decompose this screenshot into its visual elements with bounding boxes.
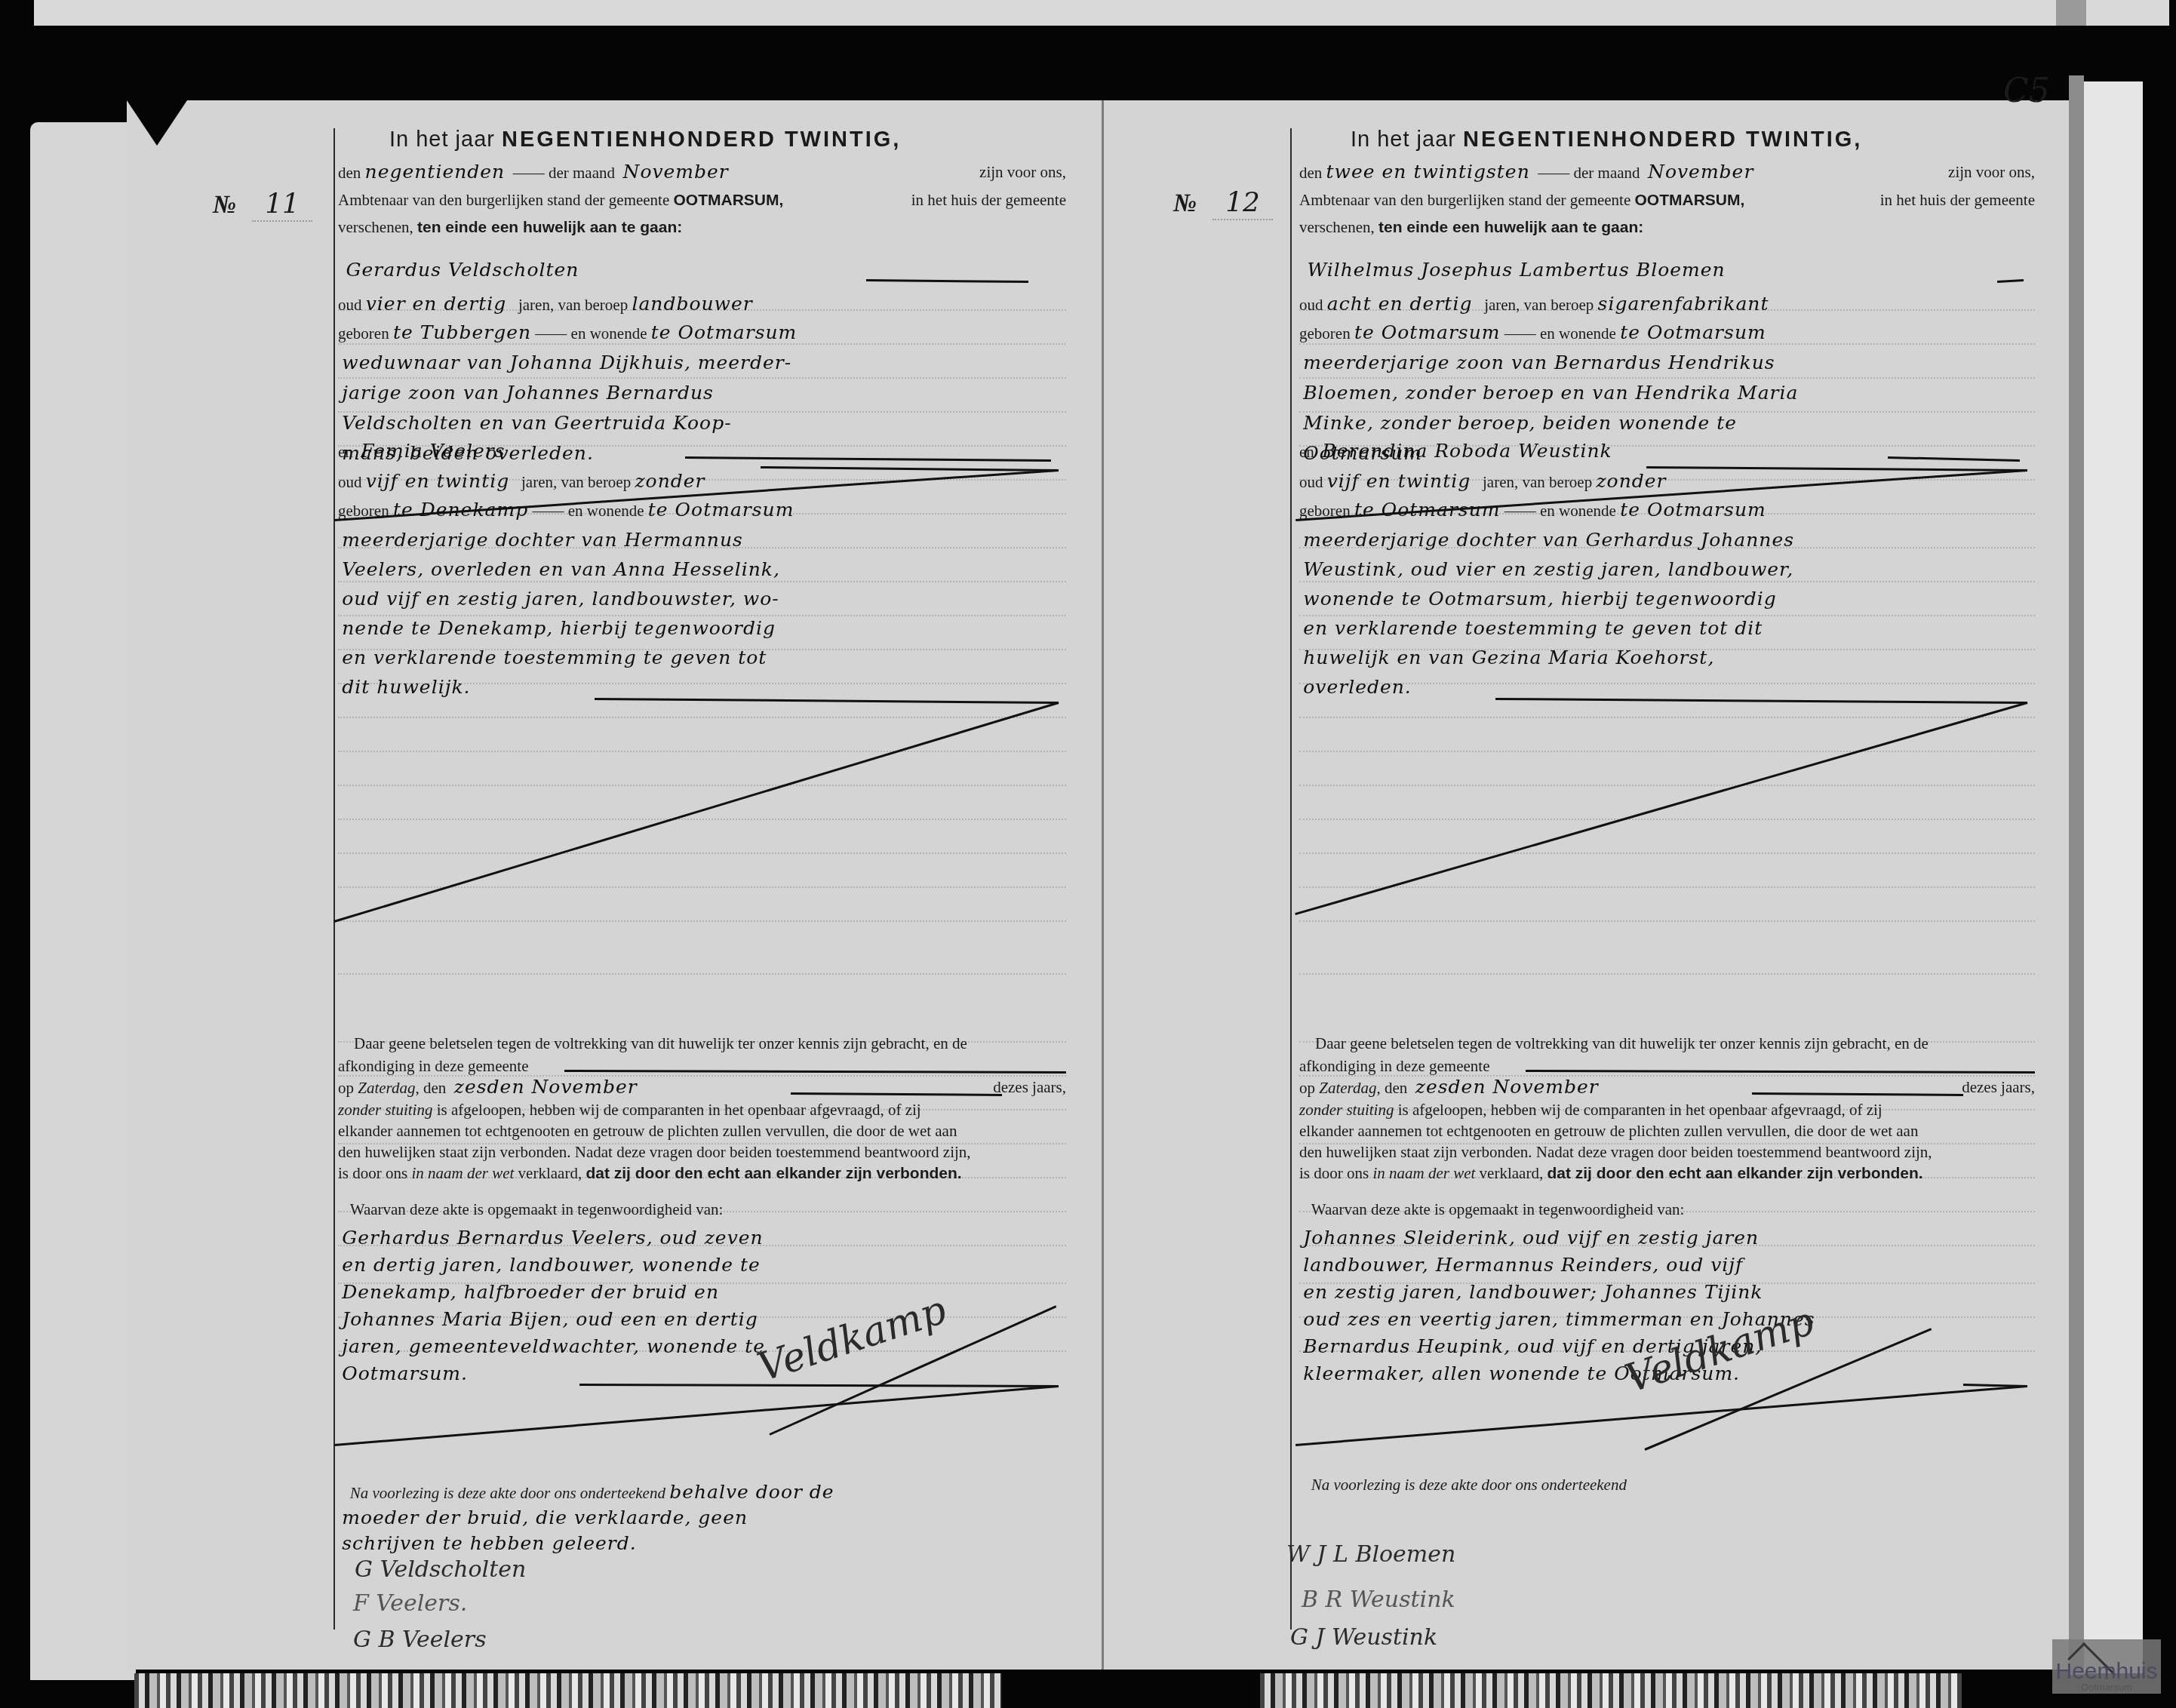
verschenen-line: verschenen, ten einde een huwelijk aan t… — [1299, 217, 2035, 238]
handwritten-entry: Johannes Sleiderink, oud vijf en zestig … — [1303, 1227, 1759, 1249]
ruled-line — [338, 615, 1066, 616]
proclamation-text: is door ons in naam der wet verklaard, d… — [1299, 1163, 2035, 1184]
ambtenaar-line: Ambtenaar van den burgerlijken stand der… — [338, 190, 1066, 210]
proclamation-text: elkander aannemen tot echtgenooten en ge… — [338, 1121, 1066, 1141]
handwritten-entry: overleden. — [1303, 676, 1412, 698]
ruled-line — [1299, 751, 2035, 752]
proclamation-text: zonder stuiting is afgeloopen, hebben wi… — [1299, 1100, 2035, 1120]
groom-name: Wilhelmus Josephus Lambertus Bloemen — [1299, 260, 2035, 281]
handwritten-entry: twee en twintigsten — [1326, 161, 1530, 183]
ruled-line — [1299, 973, 2035, 975]
bride-details: en verklarende toestemming te geven tot — [338, 648, 1066, 668]
proclamation-text: den huwelijken staat zijn verbonden. Nad… — [1299, 1142, 2035, 1162]
ambtenaar-line: Ambtenaar van den burgerlijken stand der… — [1299, 190, 2035, 210]
handwritten-entry: te Ootmarsum — [648, 499, 794, 521]
signing-note: Na voorlezing is deze akte door ons onde… — [1299, 1475, 2035, 1494]
ruled-line — [1299, 819, 2035, 820]
ruled-line — [1299, 615, 2035, 616]
witness-entry: Ootmarsum. — [338, 1364, 1066, 1384]
ruled-line — [1299, 377, 2035, 379]
handwritten-entry: November — [1648, 161, 1753, 183]
record-number: №11 — [213, 189, 300, 220]
signature: G Veldscholten — [355, 1556, 526, 1583]
handwritten-entry: en dertig jaren, landbouwer, wonende te — [342, 1254, 760, 1276]
heemhuis-watermark: Heemhuis Ootmarsum — [2052, 1639, 2161, 1694]
handwritten-entry: meerderjarige dochter van Gerhardus Joha… — [1303, 529, 1794, 551]
witness-entry: Denekamp, halfbroeder der bruid en — [338, 1283, 1066, 1303]
groom-details: Veldscholten en van Geertruida Koop- — [338, 413, 1066, 434]
handwritten-entry: te Ootmarsum — [651, 321, 798, 343]
bride-details: oud vijf en zestig jaren, landbouwster, … — [338, 589, 1066, 610]
ruled-line — [338, 377, 1066, 379]
handwritten-entry: huwelijk en van Gezina Maria Koehorst, — [1303, 647, 1714, 668]
witness-entry: Gerhardus Bernardus Veelers, oud zeven — [338, 1228, 1066, 1249]
handwritten-entry: behalve door de — [669, 1481, 834, 1503]
record-12-body: In het jaar NEGENTIENHONDERD TWINTIG,den… — [1299, 0, 2035, 1708]
witness-entry: en dertig jaren, landbouwer, wonende te — [338, 1255, 1066, 1276]
handwritten-entry: Weustink, oud vier en zestig jaren, land… — [1303, 558, 1793, 580]
bride-details: Weustink, oud vier en zestig jaren, land… — [1299, 560, 2035, 580]
handwritten-entry: zesden November — [454, 1076, 638, 1098]
witness-entry: jaren, gemeenteveldwachter, wonende te — [338, 1337, 1066, 1357]
ruled-line — [1299, 852, 2035, 854]
record-11-body: In het jaar NEGENTIENHONDERD TWINTIG,den… — [338, 0, 1066, 1708]
groom-name: Gerardus Veldscholten — [338, 260, 1066, 281]
bride-details: meerderjarige dochter van Gerhardus Joha… — [1299, 530, 2035, 551]
groom-details: meerderjarige zoon van Bernardus Hendrik… — [1299, 353, 2035, 373]
handwritten-entry: te Ootmarsum — [1620, 321, 1766, 343]
groom-details: Minke, zonder beroep, beiden wonende te — [1299, 413, 2035, 434]
header-year: In het jaar NEGENTIENHONDERD TWINTIG, — [1299, 130, 2035, 151]
handwritten-entry: vijf en twintig — [1327, 470, 1471, 492]
proclamation-text: elkander aannemen tot echtgenooten en ge… — [1299, 1121, 2035, 1141]
handwritten-entry: Veldscholten en van Geertruida Koop- — [342, 412, 731, 434]
signing-note-continued: moeder der bruid, die verklaarde, geen — [338, 1508, 1066, 1528]
witnesses-label: Waarvan deze akte is opgemaakt in tegenw… — [338, 1200, 1066, 1219]
page-edge — [2084, 81, 2143, 1673]
handwritten-entry: Ootmarsum. — [342, 1362, 468, 1384]
ruled-line — [338, 581, 1066, 582]
groom-details: jarige zoon van Johannes Bernardus — [338, 383, 1066, 404]
handwritten-entry: zonder — [1596, 470, 1666, 492]
handwritten-entry: jaren, gemeenteveldwachter, wonende te — [342, 1335, 765, 1357]
bride-details: Veelers, overleden en van Anna Hesselink… — [338, 560, 1066, 580]
groom-age-occupation: oud vier en dertig jaren, van beroep lan… — [338, 294, 1066, 315]
ruled-line — [338, 717, 1066, 718]
proclamation-text: den huwelijken staat zijn verbonden. Nad… — [338, 1142, 1066, 1162]
handwritten-entry: schrijven te hebben geleerd. — [342, 1532, 636, 1554]
header-year: In het jaar NEGENTIENHONDERD TWINTIG, — [338, 130, 1066, 151]
handwritten-entry: en verklarende toestemming te geven tot … — [1303, 617, 1763, 639]
witness-entry: Johannes Sleiderink, oud vijf en zestig … — [1299, 1228, 2035, 1249]
handwritten-entry: Veelers, overleden en van Anna Hesselink… — [342, 558, 780, 580]
bride-details: meerderjarige dochter van Hermannus — [338, 530, 1066, 551]
signature: G J Weustink — [1290, 1624, 1437, 1651]
handwritten-entry: acht en dertig — [1327, 293, 1473, 315]
bride-age-occupation: oud vijf en twintig jaren, van beroep zo… — [1299, 472, 2035, 492]
handwritten-entry: sigarenfabrikant — [1598, 293, 1769, 315]
groom-age-occupation: oud acht en dertig jaren, van beroep sig… — [1299, 294, 2035, 315]
witness-entry: en zestig jaren, landbouwer; Johannes Ti… — [1299, 1283, 2035, 1303]
handwritten-entry: landbouwer, Hermannus Reinders, oud vijf — [1303, 1254, 1743, 1276]
handwritten-entry: Johannes Maria Bijen, oud een en dertig — [342, 1308, 758, 1330]
record-number-value: 12 — [1225, 187, 1260, 218]
handwritten-entry: moeder der bruid, die verklaarde, geen — [342, 1507, 748, 1528]
date-line: den negentienden —— der maand Novemberzi… — [338, 162, 1066, 183]
bride-details: en verklarende toestemming te geven tot … — [1299, 619, 2035, 639]
book-gutter — [1102, 100, 1104, 1670]
handwritten-entry: meerderjarige dochter van Hermannus — [342, 529, 743, 551]
groom-details: weduwnaar van Johanna Dijkhuis, meerder- — [338, 353, 1066, 373]
handwritten-entry: Femia Veelers — [361, 440, 505, 462]
ruled-line — [338, 343, 1066, 345]
handwritten-entry: Wilhelmus Josephus Lambertus Bloemen — [1308, 259, 1726, 281]
bride-details: wonende te Ootmarsum, hierbij tegenwoord… — [1299, 589, 2035, 610]
record-number: №12 — [1173, 187, 1260, 218]
handwritten-entry: November — [623, 161, 729, 183]
handwritten-entry: oud vijf en zestig jaren, landbouwster, … — [342, 588, 779, 610]
bride-birth-residence: geboren te Ootmarsum —— en wonende te Oo… — [1299, 500, 2035, 521]
ruled-line — [338, 852, 1066, 854]
handwritten-entry: weduwnaar van Johanna Dijkhuis, meerder- — [342, 352, 791, 373]
handwritten-entry: vier en dertig — [366, 293, 506, 315]
proclamation-text: zonder stuiting is afgeloopen, hebben wi… — [338, 1100, 1066, 1120]
record-number-value: 11 — [265, 189, 300, 220]
handwritten-entry: te Ootmarsum — [1354, 321, 1501, 343]
signature: G B Veelers — [353, 1627, 487, 1653]
signature: F Veelers. — [353, 1590, 467, 1617]
groom-details: Bloemen, zonder beroep en van Hendrika M… — [1299, 383, 2035, 404]
ruled-line — [1299, 343, 2035, 345]
handwritten-entry: negentienden — [365, 161, 506, 183]
witnesses-label: Waarvan deze akte is opgemaakt in tegenw… — [1299, 1200, 2035, 1219]
handwritten-entry: wonende te Ootmarsum, hierbij tegenwoord… — [1303, 588, 1776, 610]
signature: B R Weustink — [1302, 1587, 1455, 1613]
bride-details: nende te Denekamp, hierbij tegenwoordig — [338, 619, 1066, 639]
proclamation-text: Daar geene beletselen tegen de voltrekki… — [338, 1034, 1066, 1053]
signature: W J L Bloemen — [1286, 1541, 1455, 1568]
verschenen-line: verschenen, ten einde een huwelijk aan t… — [338, 217, 1066, 238]
handwritten-entry: en verklarende toestemming te geven tot — [342, 647, 767, 668]
bride-details: huwelijk en van Gezina Maria Koehorst, — [1299, 648, 2035, 668]
watermark-name: Heemhuis — [2052, 1659, 2161, 1685]
ruled-line — [338, 920, 1066, 922]
handwritten-entry: Denekamp, halfbroeder der bruid en — [342, 1281, 719, 1303]
handwritten-entry: Bloemen, zonder beroep en van Hendrika M… — [1303, 382, 1798, 404]
handwritten-entry: Minke, zonder beroep, beiden wonende te — [1303, 412, 1737, 434]
bride-details: overleden. — [1299, 677, 2035, 698]
ruled-line — [338, 819, 1066, 820]
handwritten-entry: Gerhardus Bernardus Veelers, oud zeven — [342, 1227, 763, 1249]
handwritten-entry: Berendina Roboda Weustink — [1322, 440, 1612, 462]
bride-details: dit huwelijk. — [338, 677, 1066, 698]
bride-birth-residence: geboren te Denekamp —— en wonende te Oot… — [338, 500, 1066, 521]
bride-age-occupation: oud vijf en twintig jaren, van beroep zo… — [338, 472, 1066, 492]
witness-entry: Johannes Maria Bijen, oud een en dertig — [338, 1310, 1066, 1330]
handwritten-entry: vijf en twintig — [366, 470, 510, 492]
witness-entry: landbouwer, Hermannus Reinders, oud vijf — [1299, 1255, 2035, 1276]
ruled-line — [1299, 785, 2035, 786]
ruled-line — [1299, 920, 2035, 922]
handwritten-entry: landbouwer — [632, 293, 752, 315]
groom-birth-residence: geboren te Tubbergen —— en wonende te Oo… — [338, 323, 1066, 343]
handwritten-entry: te Tubbergen — [393, 321, 531, 343]
ruled-line — [1299, 581, 2035, 582]
strip-notch — [2056, 0, 2086, 26]
signing-note-continued: schrijven te hebben geleerd. — [338, 1534, 1066, 1554]
handwritten-entry: meerderjarige zoon van Bernardus Hendrik… — [1303, 352, 1775, 373]
handwritten-entry: en zestig jaren, landbouwer; Johannes Ti… — [1303, 1281, 1763, 1303]
ruled-line — [338, 785, 1066, 786]
ruled-line — [1299, 886, 2035, 888]
left-page-flap — [30, 122, 136, 1680]
handwritten-entry: zesden November — [1415, 1076, 1599, 1098]
handwritten-entry: nende te Denekamp, hierbij tegenwoordig — [342, 617, 776, 639]
margin-rule — [333, 128, 335, 1630]
binding-strip — [2069, 75, 2084, 1675]
handwritten-entry: zonder — [635, 470, 705, 492]
witness-entry: oud zes en veertig jaren, timmerman en J… — [1299, 1310, 2035, 1330]
handwritten-entry: dit huwelijk. — [342, 676, 470, 698]
proclamation-text: is door ons in naam der wet verklaard, d… — [338, 1163, 1066, 1184]
ruled-line — [338, 751, 1066, 752]
watermark-subtitle: Ootmarsum — [2052, 1682, 2161, 1693]
groom-birth-residence: geboren te Ootmarsum —— en wonende te Oo… — [1299, 323, 2035, 343]
signing-note: Na voorlezing is deze akte door ons onde… — [338, 1482, 1066, 1503]
date-line: den twee en twintigsten —— der maand Nov… — [1299, 162, 2035, 183]
margin-rule — [1290, 128, 1292, 1630]
handwritten-entry: jarige zoon van Johannes Bernardus — [342, 382, 714, 404]
ruled-line — [1299, 717, 2035, 718]
handwritten-entry: Gerardus Veldscholten — [346, 259, 579, 281]
proclamation-text: Daar geene beletselen tegen de voltrekki… — [1299, 1034, 2035, 1053]
handwritten-entry: te Ootmarsum — [1620, 499, 1766, 521]
ruled-line — [338, 973, 1066, 975]
